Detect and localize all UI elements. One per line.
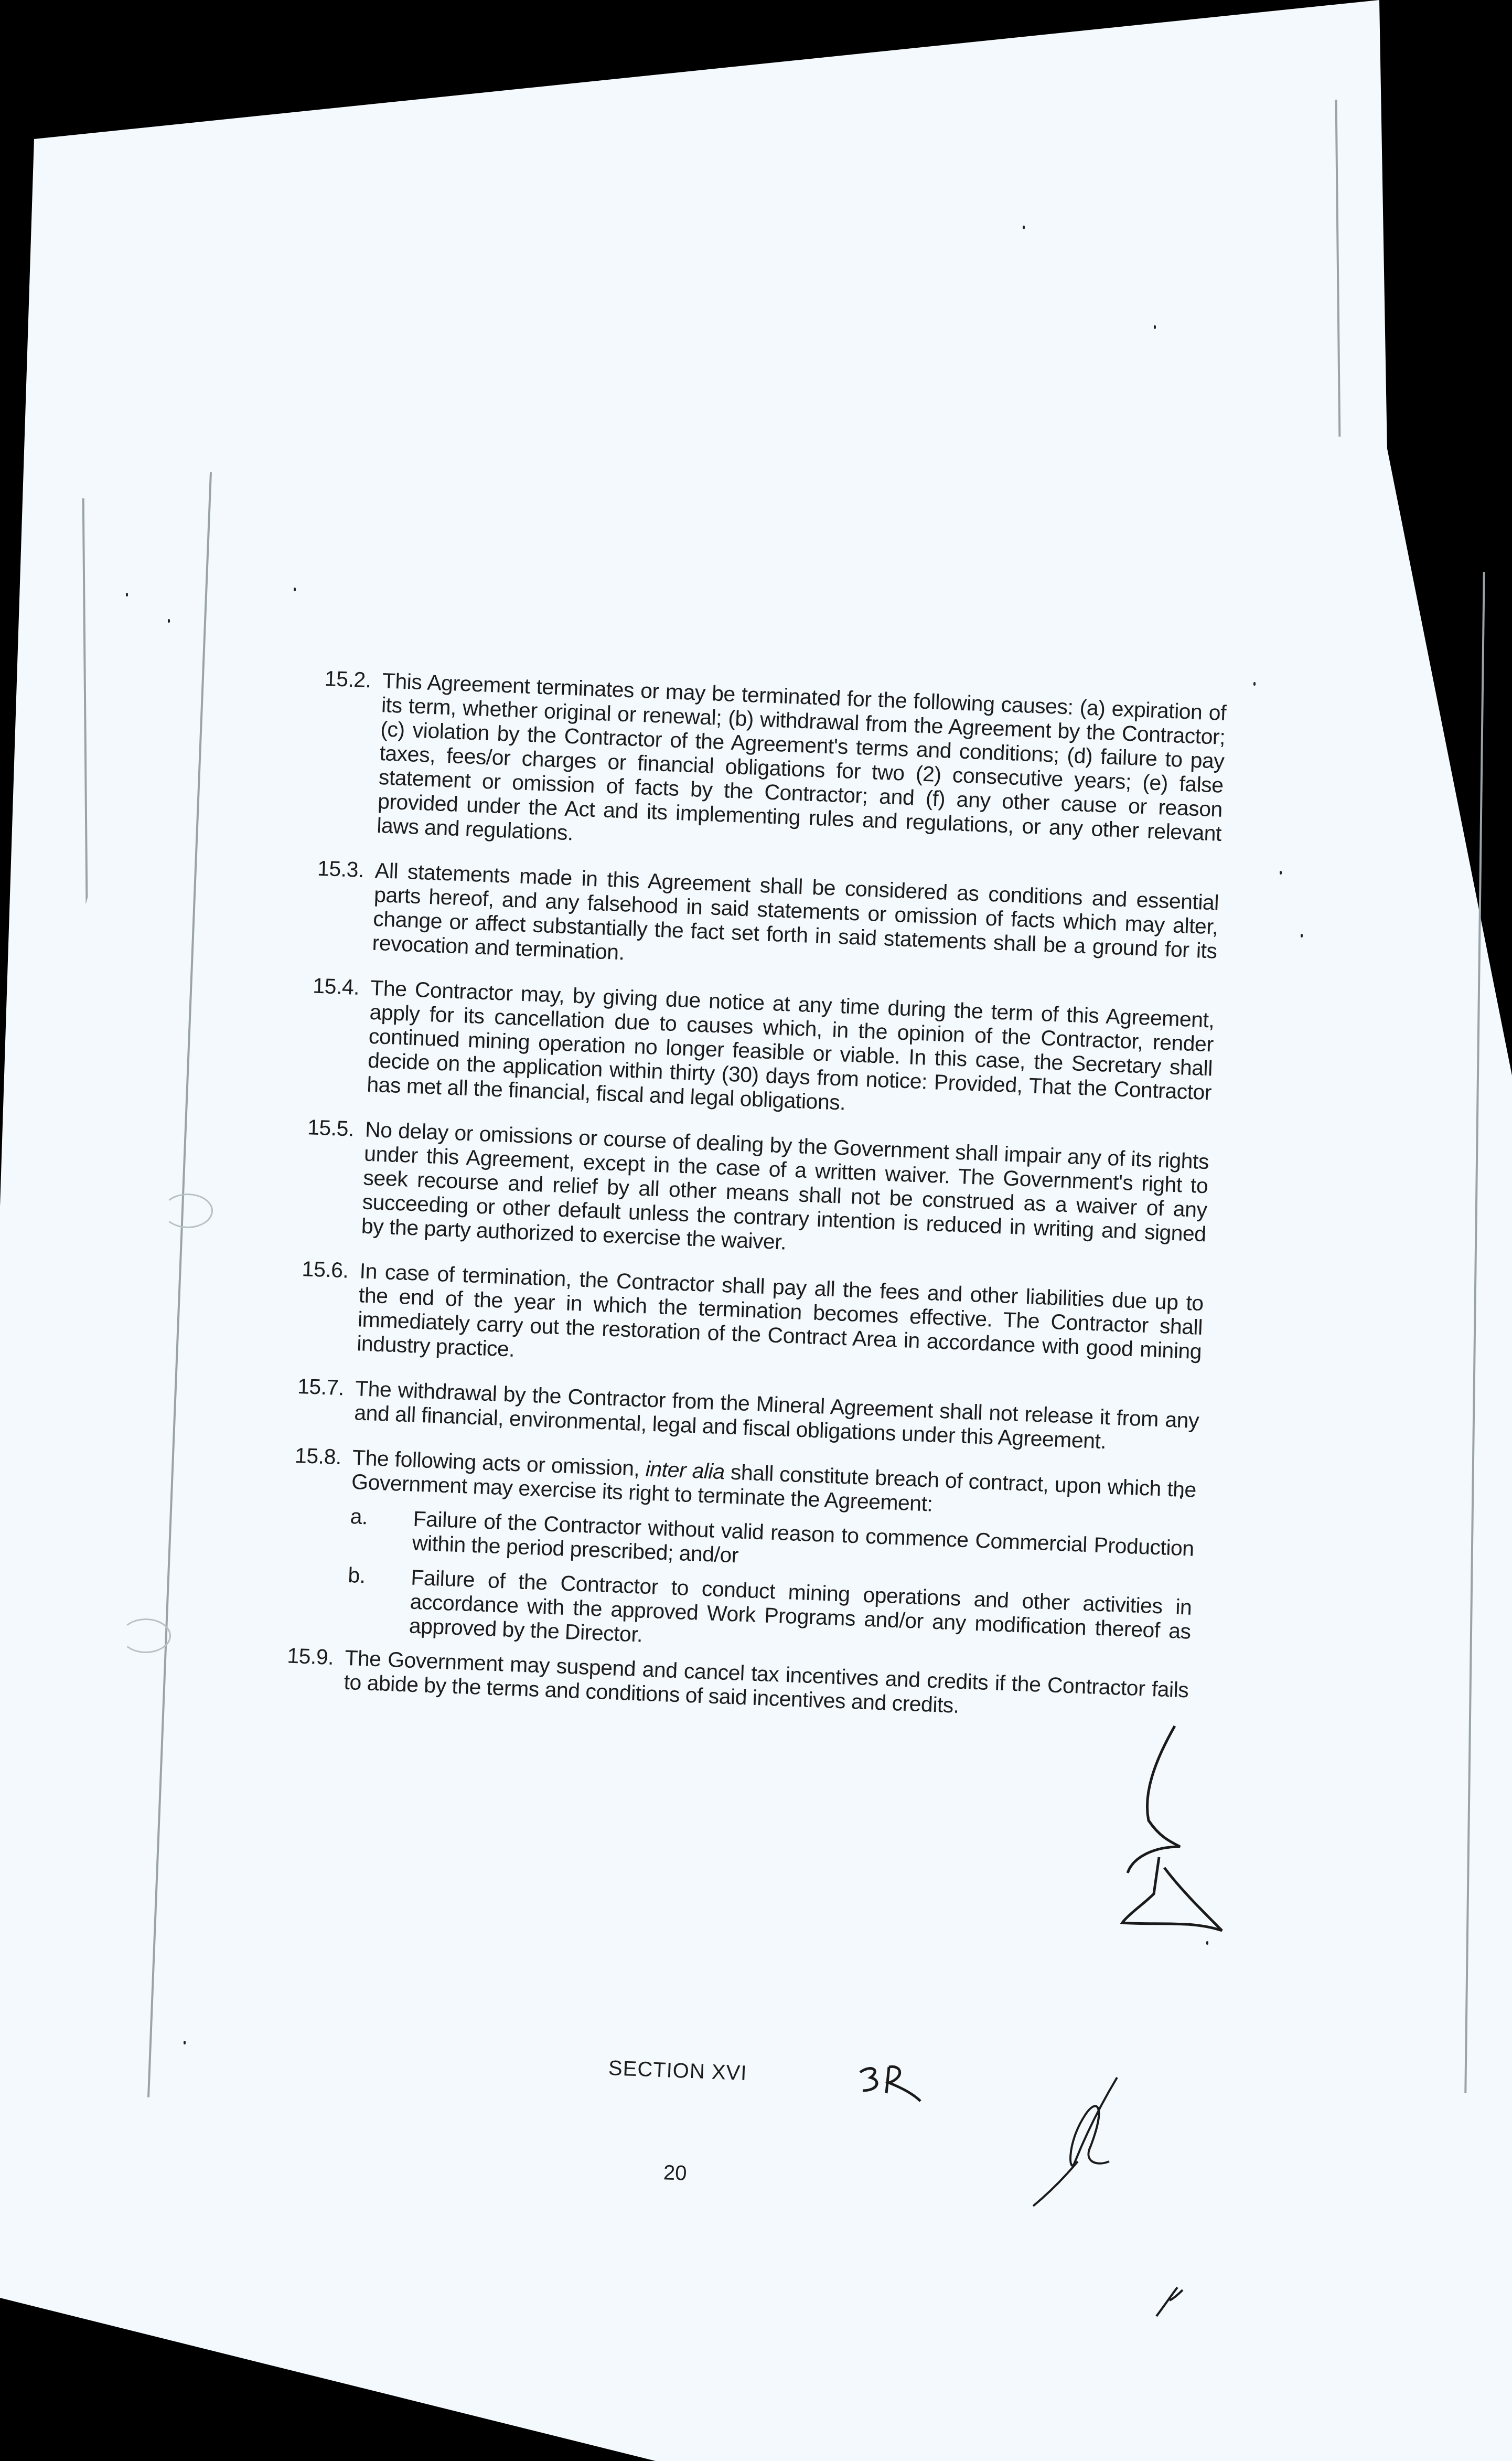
clause-15-7: 15.7. The withdrawal by the Contractor f… <box>296 1374 1199 1457</box>
clause-text: This Agreement terminates or may be term… <box>377 668 1227 870</box>
clause-text: In case of termination, the Contractor s… <box>357 1259 1204 1388</box>
signature-icon <box>1017 2072 1122 2209</box>
clause-number: 15.5. <box>303 1115 366 1238</box>
scan-speck <box>1253 682 1256 686</box>
clause-text: No delay or omissions or course of deali… <box>361 1117 1209 1271</box>
page-number: 20 <box>663 2161 687 2186</box>
scan-speck <box>1280 871 1282 875</box>
clause-number: 15.7. <box>296 1374 356 1424</box>
binder-hole <box>121 1618 171 1653</box>
clause-text: The withdrawal by the Contractor from th… <box>354 1376 1199 1457</box>
scan-speck <box>184 2041 186 2044</box>
scan-speck <box>126 593 128 596</box>
clause-15-3: 15.3. All statements made in this Agreem… <box>314 856 1219 987</box>
clause-text: All statements made in this Agreement sh… <box>372 858 1219 987</box>
scan-speck <box>1206 1941 1208 1945</box>
clause-15-4: 15.4. The Contractor may, by giving due … <box>309 974 1215 1129</box>
initials-signature-icon <box>855 2062 928 2104</box>
clause-number: 15.3. <box>314 856 376 955</box>
scan-speck <box>1180 1495 1182 1499</box>
document-body: 15.2. This Agreement terminates or may b… <box>285 666 1226 1748</box>
clause-number: 15.8. <box>294 1443 353 1494</box>
small-initial-icon <box>1154 2282 1185 2319</box>
clause-15-2: 15.2. This Agreement terminates or may b… <box>319 666 1227 870</box>
binder-hole <box>163 1194 213 1228</box>
item-label: b. <box>346 1563 411 1638</box>
scan-speck <box>1301 934 1303 937</box>
scan-speck <box>294 588 296 591</box>
clause-number: 15.6. <box>299 1256 360 1355</box>
clause-15-5: 15.5. No delay or omissions or course of… <box>303 1115 1209 1270</box>
clause-number: 15.4. <box>309 974 371 1096</box>
clause-15-6: 15.6. In case of termination, the Contra… <box>299 1256 1204 1388</box>
clause-text: The Contractor may, by giving due notice… <box>367 976 1215 1129</box>
signature-margin-icon <box>1112 1716 1227 1936</box>
scan-speck <box>1154 325 1156 329</box>
scan-speck <box>168 619 170 623</box>
clause-number: 15.9. <box>286 1644 345 1694</box>
item-label: a. <box>349 1504 413 1555</box>
scan-speck <box>1023 226 1025 229</box>
clause-text-italic: inter alia <box>645 1457 725 1484</box>
clause-number: 15.2. <box>319 666 383 837</box>
